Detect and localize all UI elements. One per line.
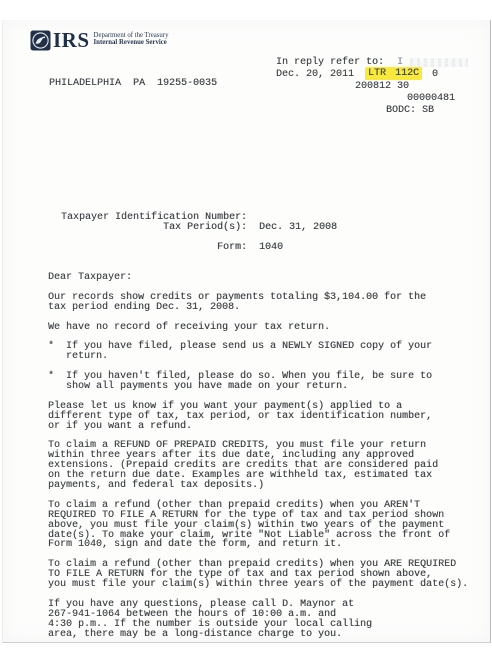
bodc-code: BODC: SB bbox=[386, 105, 434, 116]
service-line: Internal Revenue Service bbox=[94, 39, 169, 46]
irs-letterhead: IRS Department of the Treasury Internal … bbox=[30, 30, 168, 51]
letter-date: Dec. 20, 2011 bbox=[276, 69, 354, 80]
taxpayer-id-block: Taxpayer Identification Number: Tax Peri… bbox=[61, 213, 337, 253]
department-line: Department of the Treasury bbox=[94, 32, 169, 39]
irs-wordmark: IRS bbox=[53, 30, 90, 51]
ltr-label: LTR bbox=[368, 68, 386, 79]
agency-name-block: Department of the Treasury Internal Reve… bbox=[94, 32, 169, 46]
scanned-letter: IRS Department of the Treasury Internal … bbox=[0, 0, 492, 665]
serial-number: 00000481 bbox=[407, 93, 455, 104]
ltr-code: 112C bbox=[395, 68, 419, 79]
letter-code-highlight: LTR 112C bbox=[365, 67, 422, 80]
redaction-smudge bbox=[410, 58, 468, 67]
office-address: PHILADELPHIA PA 19255-0035 bbox=[49, 78, 217, 89]
ltr-suffix: 0 bbox=[432, 69, 438, 80]
letter-page: IRS Department of the Treasury Internal … bbox=[2, 20, 491, 643]
letter-body: Dear Taxpayer: Our records show credits … bbox=[48, 273, 468, 640]
reference-number: 200812 30 bbox=[355, 81, 409, 92]
reply-reference-block: In reply refer to: I Dec. 20, 2011 LTR 1… bbox=[276, 57, 486, 121]
treasury-eagle-icon bbox=[30, 30, 51, 51]
